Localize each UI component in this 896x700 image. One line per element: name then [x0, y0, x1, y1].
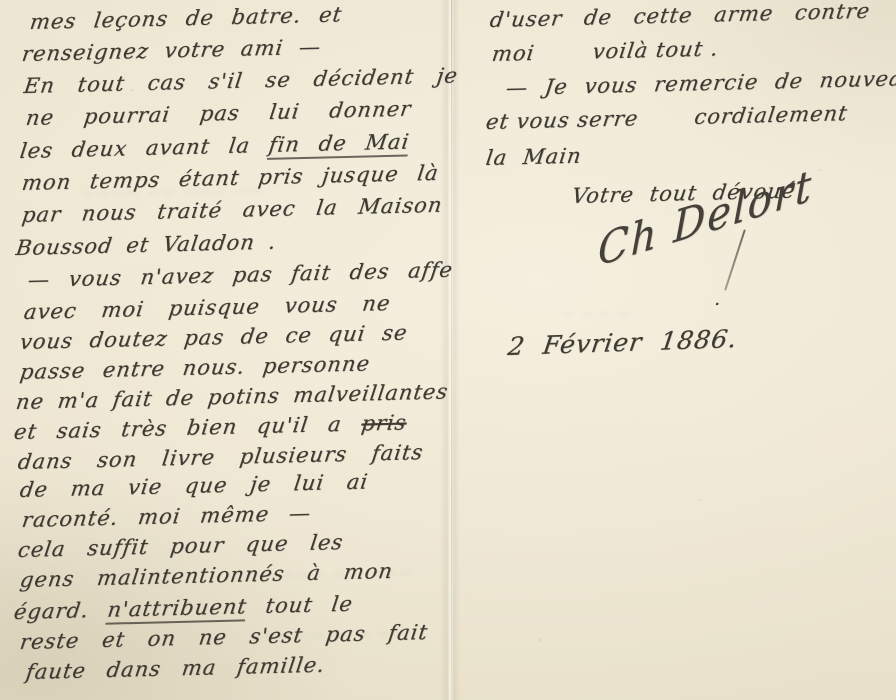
- underlined-text: fin de Mai: [267, 130, 411, 160]
- line-text: tout le: [245, 592, 354, 619]
- underlined-text: n'attribuent: [106, 594, 249, 624]
- signature-period: .: [714, 286, 720, 310]
- handwriting-line: gens malintentionnés à mon: [18, 559, 394, 593]
- struck-text: pris: [360, 410, 408, 435]
- handwriting-line: avec moi puisque vous ne: [22, 291, 392, 325]
- handwriting-line: — vous n'avez pas fait des affe: [26, 258, 454, 294]
- handwriting-line: par nous traité avec la Maison: [20, 193, 444, 228]
- line-text: et vous serre: [484, 106, 640, 134]
- handwriting-line: ne pourrai pas lui donner: [24, 97, 413, 132]
- line-text: cordialement: [693, 101, 849, 130]
- handwriting-line: renseignez votre ami —: [20, 35, 322, 67]
- handwriting-line: raconté. moi même —: [20, 501, 312, 533]
- handwriting-line: mes leçons de batre. et: [28, 2, 343, 35]
- handwriting-line: reste et on ne s'est pas fait: [18, 620, 429, 655]
- handwriting-line: d'user de cette arme contre: [488, 0, 872, 33]
- left-page: mes leçons de batre. et renseignez votre…: [0, 0, 448, 700]
- handwriting-line: faute dans ma famille.: [24, 653, 326, 685]
- handwriting-line: vous doutez pas de ce qui se: [18, 321, 409, 356]
- handwriting-line: de ma vie que je lui ai: [18, 470, 370, 504]
- signature-flourish-stroke: [724, 229, 746, 290]
- line-text: égard.: [12, 598, 109, 624]
- handwriting-line: et vous serrecordialement: [484, 101, 849, 135]
- date-line: 2 Février 1886.: [506, 324, 739, 362]
- handwriting-line: En tout cas s'il se décident je: [22, 63, 459, 99]
- handwriting-line: Boussod et Valadon .: [14, 230, 278, 262]
- handwriting-line: égard. n'attribuent tout le: [12, 592, 354, 625]
- line-text: moi: [490, 41, 536, 66]
- signature: Ch Delort: [598, 163, 814, 273]
- line-text: les deux avant la: [18, 133, 270, 163]
- line-text: et sais très bien qu'il a: [12, 412, 363, 444]
- handwriting-line: la Main: [484, 144, 583, 172]
- handwriting-line: ne m'a fait de potins malveillantes: [14, 379, 450, 415]
- line-text: voilà tout .: [591, 36, 720, 64]
- handwriting-line: — Je vous remercie de nouveau: [504, 66, 896, 101]
- handwriting-line: et sais très bien qu'il a pris: [12, 410, 408, 445]
- handwriting-line: les deux avant la fin de Mai: [18, 130, 411, 165]
- handwriting-line: cela suffit pour que les: [16, 530, 345, 563]
- handwriting-line: mon temps étant pris jusque là: [20, 161, 440, 196]
- handwriting-line: passe entre nous. personne: [18, 351, 371, 385]
- right-page: d'user de cette arme contre moivoilà tou…: [448, 0, 896, 700]
- handwriting-line: moivoilà tout .: [490, 36, 720, 67]
- letter-scan: ~~ ~~~ ~~ ~~~~ ~~~ ~~ ~~~~ ~~ ~~ ~~~~ ~~…: [0, 0, 896, 700]
